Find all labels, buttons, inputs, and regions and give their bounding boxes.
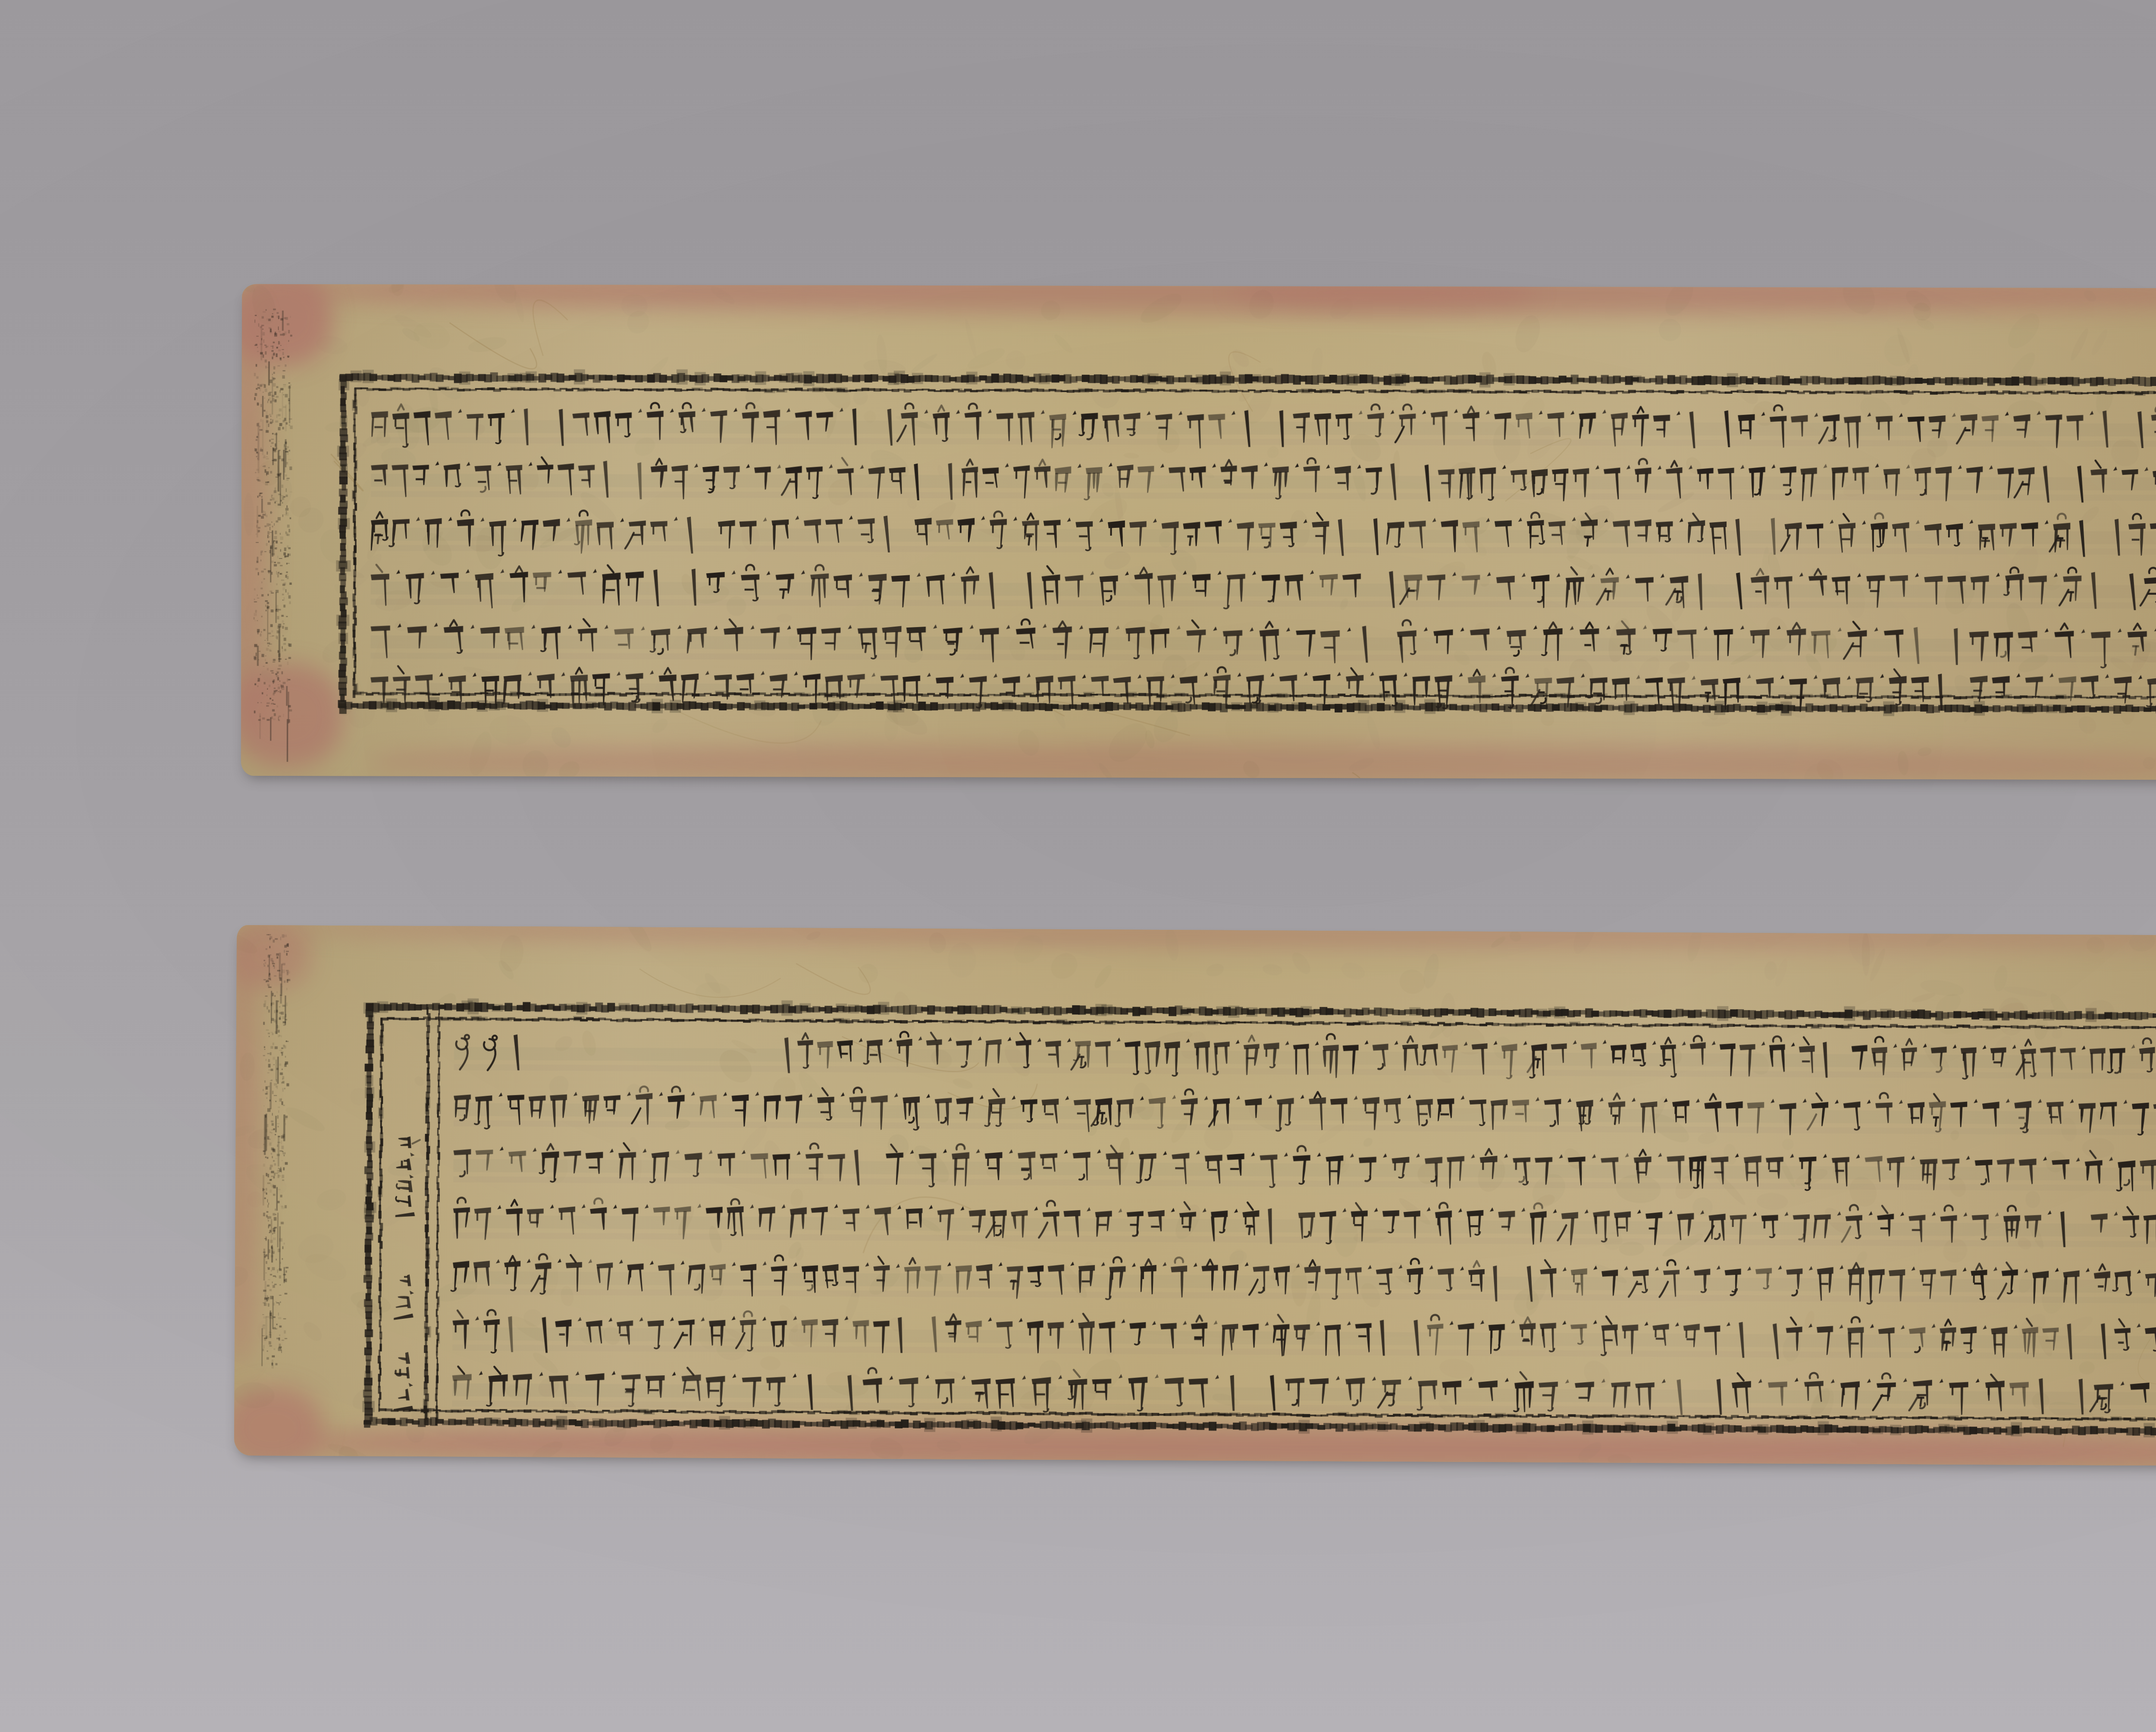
manuscript-leaf-top xyxy=(241,284,2156,780)
manuscript-leaf-bottom xyxy=(234,925,2156,1467)
woodblock-print-top xyxy=(241,284,2156,780)
woodblock-print-bottom xyxy=(234,925,2156,1467)
photo-background: དགོངས་དང་། །གཞན་ཆི་ཞི་བ་ཅིག་དང་། །ཁྱི་བོ… xyxy=(0,0,2156,1732)
transcription: དགོངས་དང་། །གཞན་ཆི་ཞི་བ་ཅིག་དང་། །ཁྱི་བོ… xyxy=(0,0,0,0)
